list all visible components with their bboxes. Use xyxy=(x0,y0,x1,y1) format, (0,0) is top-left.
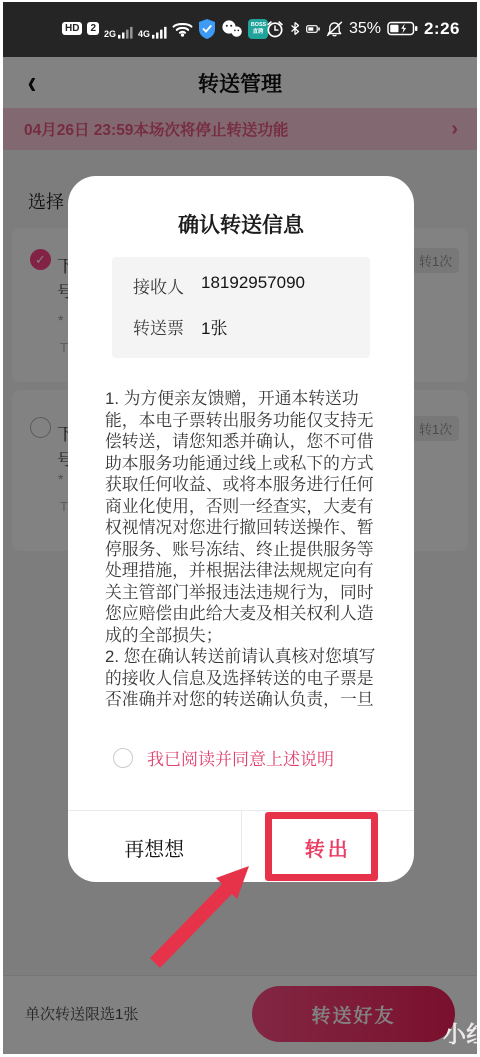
bluetooth-icon xyxy=(290,21,300,36)
phone-screen: HD 2 2G 4G xyxy=(0,0,480,1057)
signal-4g-icon: 4G xyxy=(138,19,167,39)
wifi-icon xyxy=(172,21,193,37)
think-again-button[interactable]: 再想想 xyxy=(68,811,242,883)
agree-label[interactable]: 我已阅读并同意上述说明 xyxy=(147,745,334,770)
status-bar-left: HD 2 2G 4G xyxy=(62,0,268,57)
alarm-clock-icon xyxy=(266,20,284,38)
signal-bars-icon xyxy=(118,26,133,39)
battery-charging-icon xyxy=(387,21,418,36)
modal-title: 确认转送信息 xyxy=(68,209,414,239)
highlight-rectangle-annotation xyxy=(265,812,378,881)
agree-checkbox[interactable] xyxy=(113,748,133,768)
frame-left xyxy=(0,0,3,1057)
ticket-count-row: 转送票 1张 xyxy=(133,314,370,339)
status-bar: HD 2 2G 4G xyxy=(0,0,480,57)
receiver-label: 接收人 xyxy=(133,273,184,298)
confirm-transfer-modal: 确认转送信息 接收人 18192957090 转送票 1张 1. 为方便亲友馈赠… xyxy=(68,176,414,882)
status-bar-right: 35% 2:26 xyxy=(266,0,460,57)
signal-bars-icon xyxy=(152,26,167,39)
agree-row[interactable]: 我已阅读并同意上述说明 xyxy=(113,745,334,770)
clock-time: 2:26 xyxy=(424,19,460,39)
frame-top xyxy=(0,0,480,2)
transfer-info-box: 接收人 18192957090 转送票 1张 xyxy=(112,257,370,358)
signal-2g-icon: 2G xyxy=(104,19,133,39)
hd-volte-icon: HD xyxy=(62,22,82,35)
terms-text[interactable]: 1. 为方便亲友馈赠，开通本转送功 能，本电子票转出服务功能仅支持无 偿转送，请… xyxy=(105,388,381,740)
security-shield-icon xyxy=(198,19,216,39)
mute-bell-icon xyxy=(326,21,343,37)
receiver-phone-number: 18192957090 xyxy=(201,273,305,298)
battery-percent: 35% xyxy=(349,20,381,38)
watermark-text: 小红 xyxy=(443,1016,480,1050)
sim2-icon: 2 xyxy=(87,22,99,35)
ticket-count-label: 转送票 xyxy=(133,314,184,339)
earbud-battery-icon xyxy=(306,25,320,33)
receiver-row: 接收人 18192957090 xyxy=(133,273,370,298)
wechat-icon xyxy=(221,20,243,38)
ticket-count-value: 1张 xyxy=(201,314,227,339)
